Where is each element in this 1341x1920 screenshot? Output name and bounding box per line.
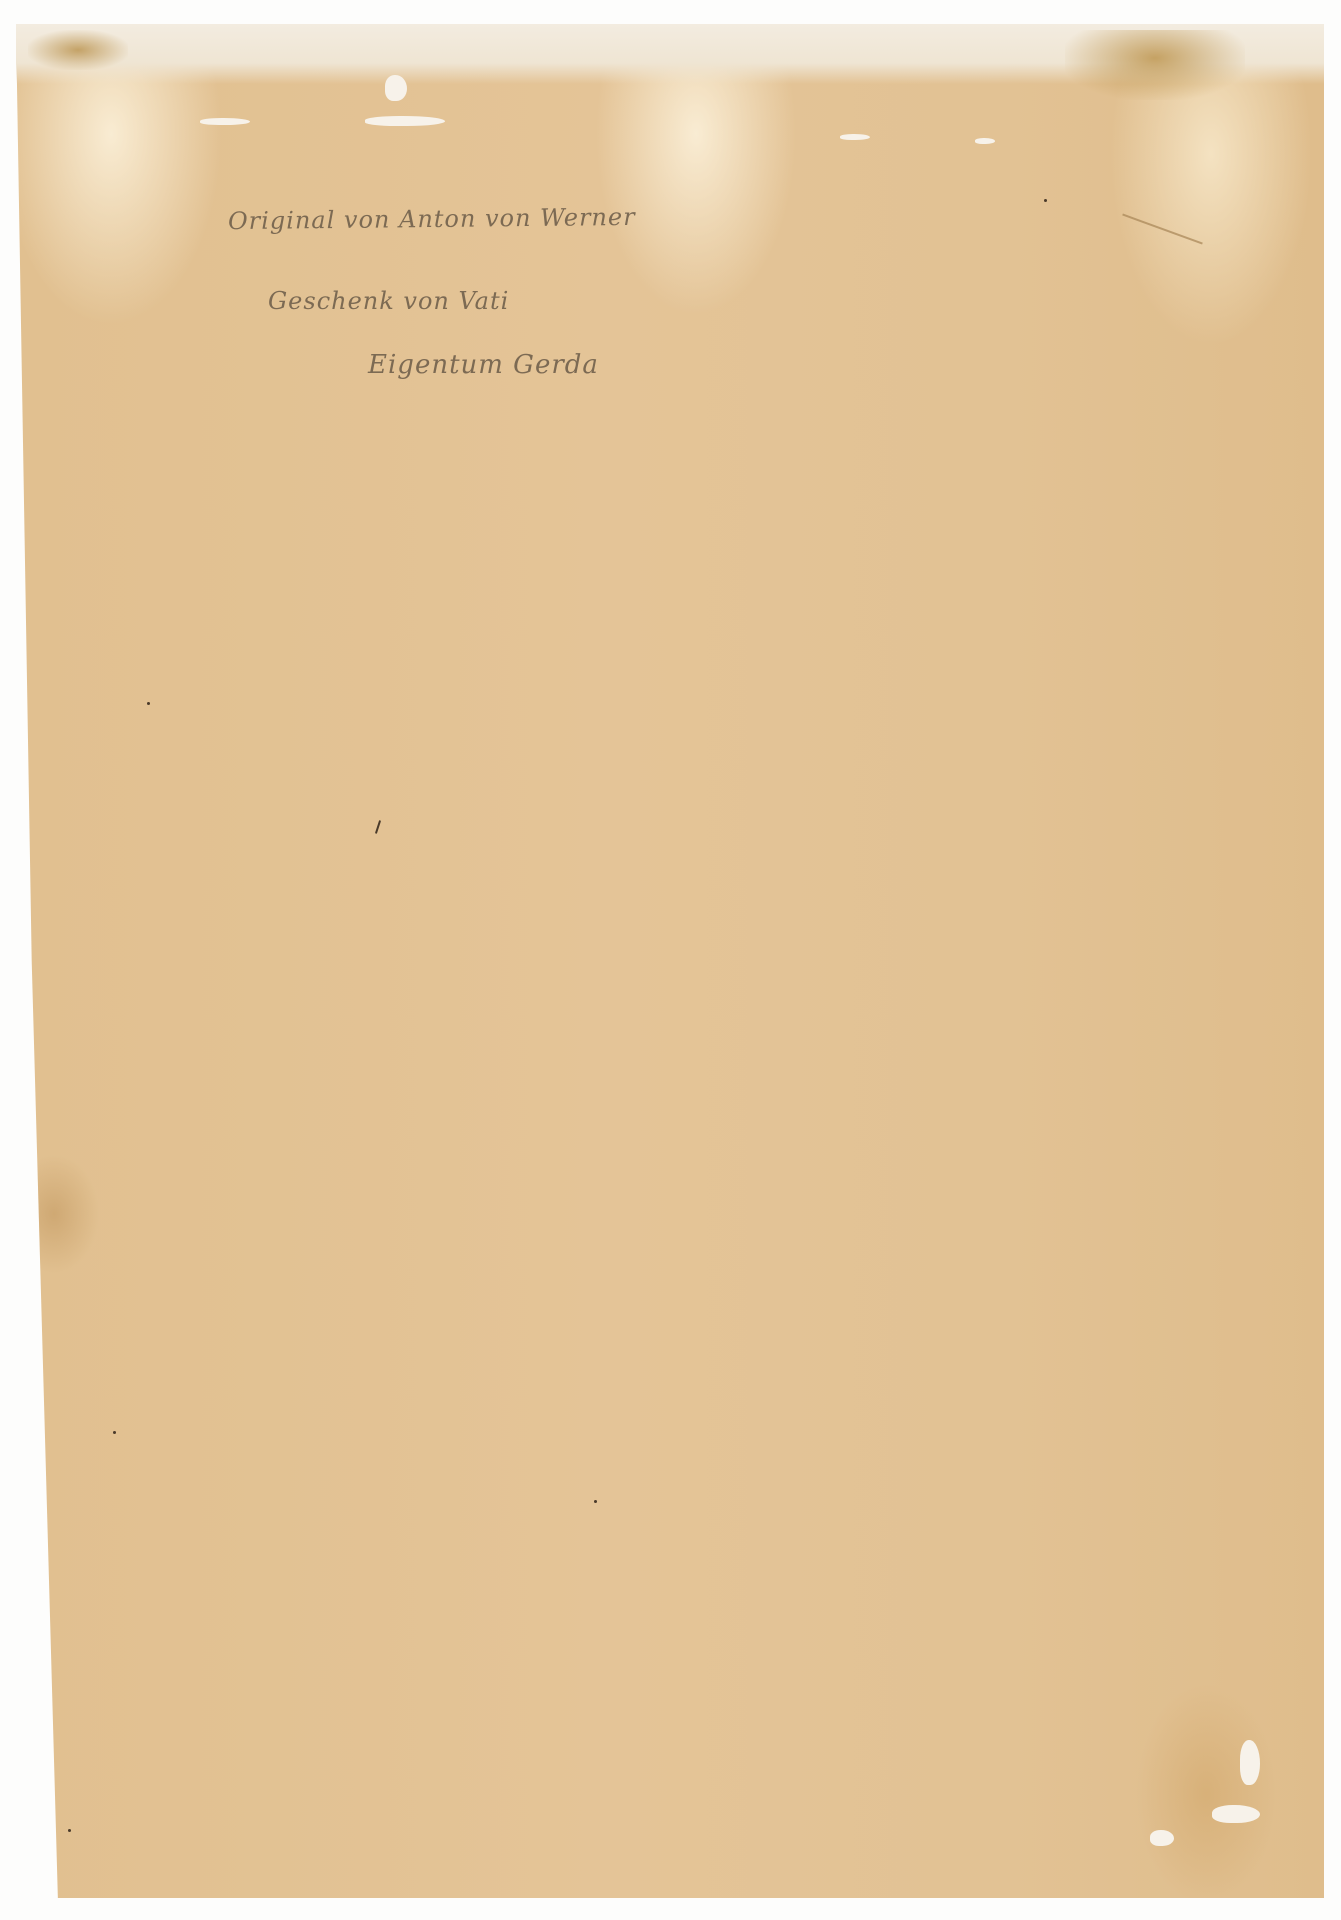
paper-loss xyxy=(1150,1830,1174,1846)
ink-dot xyxy=(594,1500,597,1503)
stain-top-right xyxy=(1065,30,1245,100)
paper-loss xyxy=(365,116,445,126)
inscription-line-2: Geschenk von Vati xyxy=(268,287,509,315)
inscription-line-1: Original von Anton von Werner xyxy=(228,203,636,235)
ink-dot xyxy=(1044,199,1047,202)
ink-dot xyxy=(113,1431,116,1434)
inscription-line-3: Eigentum Gerda xyxy=(368,350,599,380)
paper-loss xyxy=(200,118,250,125)
ink-dot xyxy=(68,1829,71,1832)
paper-sheet xyxy=(16,24,1324,1898)
ink-dot xyxy=(147,702,150,705)
paper-loss xyxy=(975,138,995,144)
stain-top-left xyxy=(28,30,128,70)
paper-loss xyxy=(1212,1805,1260,1823)
paper-loss xyxy=(840,134,870,140)
paper-loss xyxy=(1240,1740,1260,1785)
paper-loss xyxy=(385,75,407,101)
